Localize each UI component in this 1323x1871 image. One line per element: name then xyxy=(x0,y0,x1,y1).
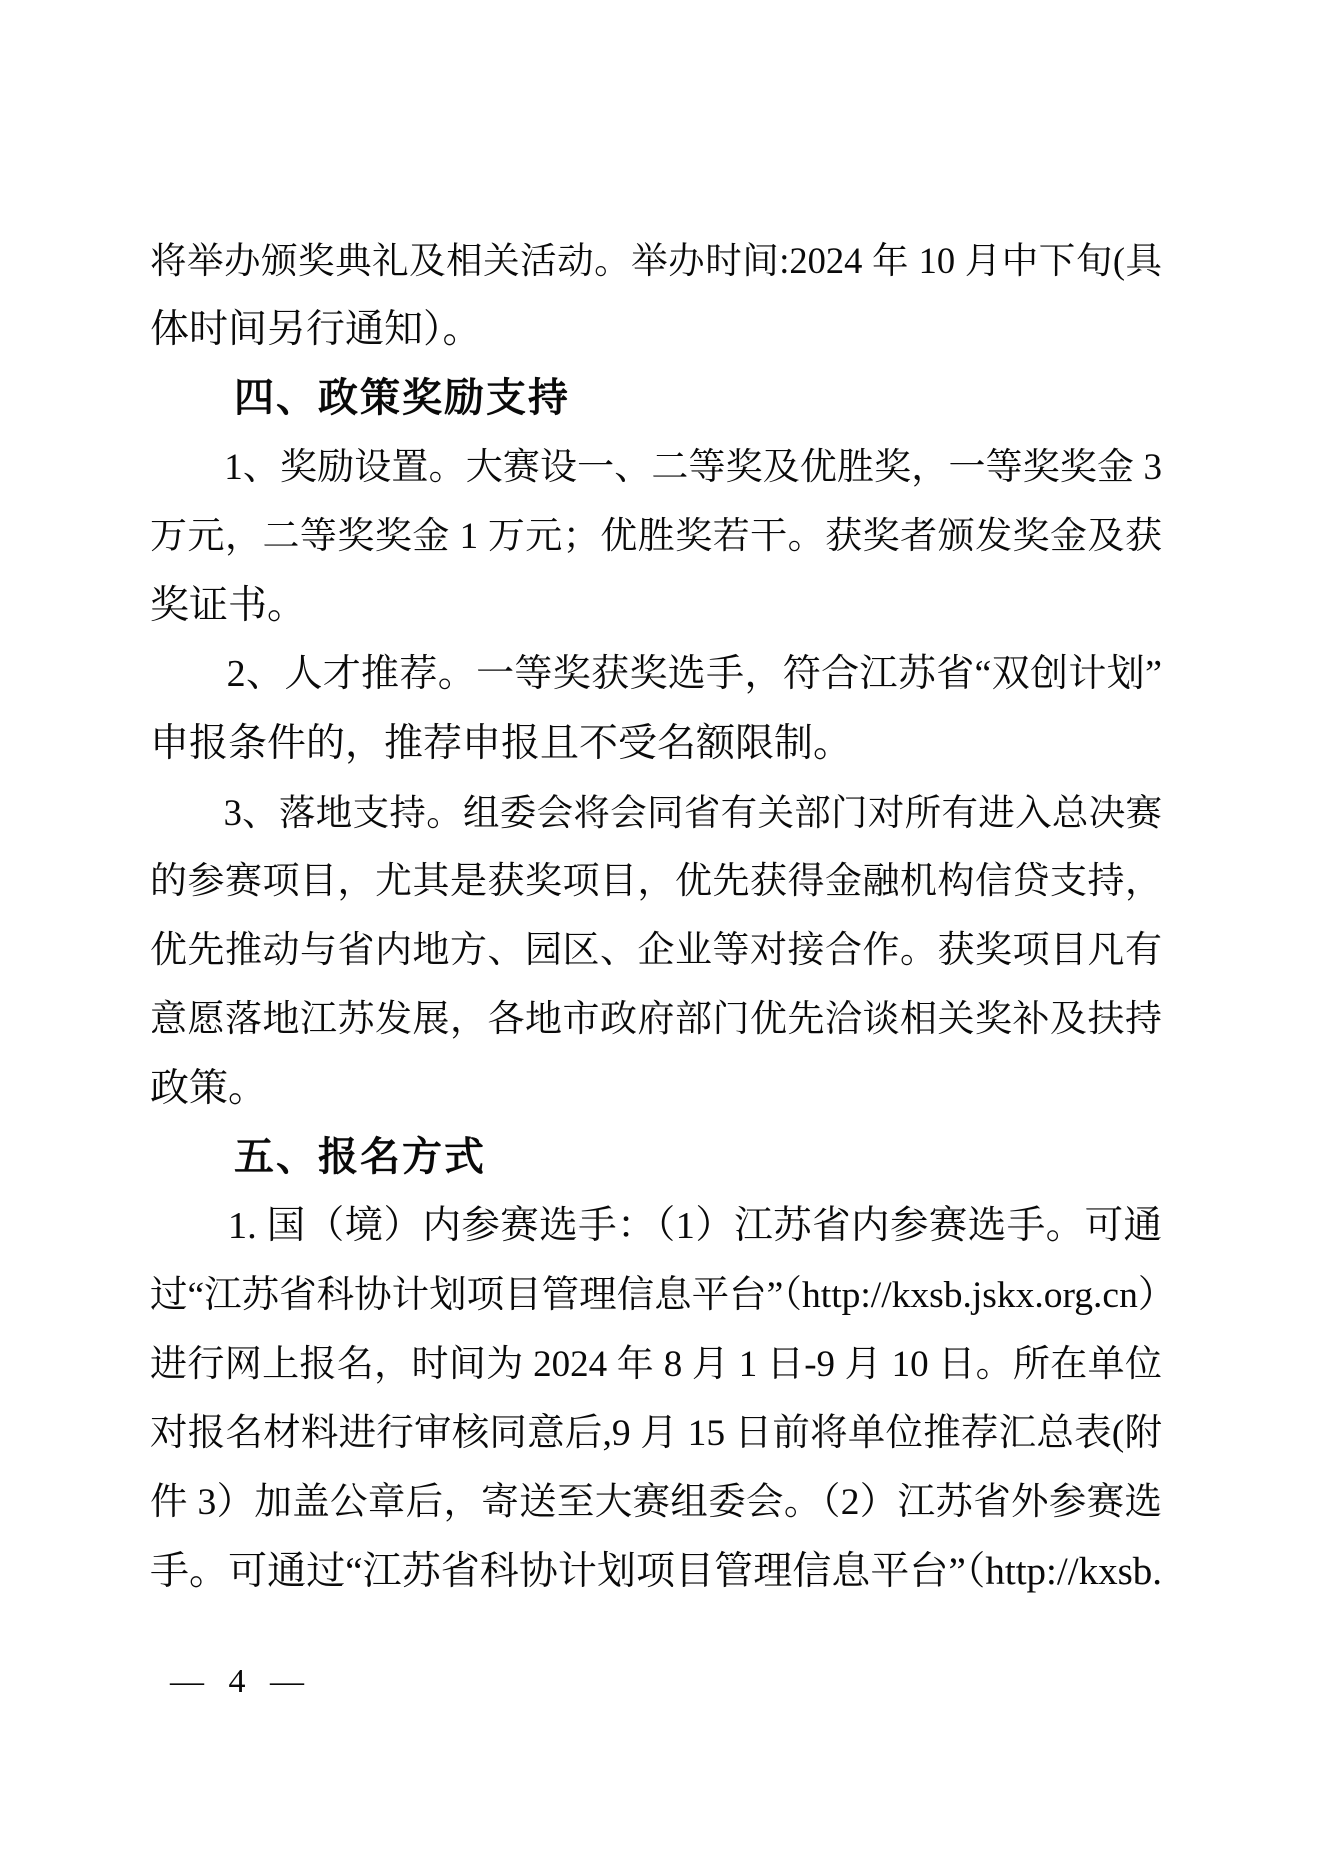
text-line: 对报名材料进行审核同意后,9 月 15 日前将单位推荐汇总表(附 xyxy=(150,1399,1162,1468)
text-line: 奖证书。 xyxy=(150,571,1162,640)
text-line: 将举办颁奖典礼及相关活动。举办时间:2024 年 10 月中下旬(具 xyxy=(150,226,1162,295)
text-line: 件 3）加盖公章后，寄送至大赛组委会。（2）江苏省外参赛选 xyxy=(150,1468,1162,1537)
document-body: 将举办颁奖典礼及相关活动。举办时间:2024 年 10 月中下旬(具体时间另行通… xyxy=(150,226,1162,1606)
text-line: 3、落地支持。组委会将会同省有关部门对所有进入总决赛 xyxy=(150,778,1162,847)
text-line: 手。可通过“江苏省科协计划项目管理信息平台”（http://kxsb. xyxy=(150,1537,1162,1606)
text-line: 进行网上报名，时间为 2024 年 8 月 1 日-9 月 10 日。所在单位 xyxy=(150,1330,1162,1399)
text-line: 优先推动与省内地方、园区、企业等对接合作。获奖项目凡有 xyxy=(150,916,1162,985)
text-line: 政策。 xyxy=(150,1054,1162,1123)
document-page: 将举办颁奖典礼及相关活动。举办时间:2024 年 10 月中下旬(具体时间另行通… xyxy=(0,0,1323,1871)
text-line: 2、人才推荐。一等奖获奖选手，符合江苏省“双创计划” xyxy=(150,640,1162,709)
text-line: 万元，二等奖奖金 1 万元；优胜奖若干。获奖者颁发奖金及获 xyxy=(150,502,1162,571)
text-line: 体时间另行通知）。 xyxy=(150,295,1162,364)
text-line: 意愿落地江苏发展，各地市政府部门优先洽谈相关奖补及扶持 xyxy=(150,985,1162,1054)
section-heading: 四、政策奖励支持 xyxy=(150,364,1162,433)
text-line: 过“江苏省科协计划项目管理信息平台”（http://kxsb.jskx.org.… xyxy=(150,1261,1162,1330)
text-line: 1. 国（境）内参赛选手：（1）江苏省内参赛选手。可通 xyxy=(150,1192,1162,1261)
text-line: 的参赛项目，尤其是获奖项目，优先获得金融机构信贷支持， xyxy=(150,847,1162,916)
section-heading: 五、报名方式 xyxy=(150,1123,1162,1192)
text-line: 申报条件的，推荐申报且不受名额限制。 xyxy=(150,709,1162,778)
page-number: — 4 — xyxy=(170,1663,312,1700)
page-footer: — 4 — xyxy=(170,1660,312,1704)
text-line: 1、奖励设置。大赛设一、二等奖及优胜奖，一等奖奖金 3 xyxy=(150,433,1162,502)
